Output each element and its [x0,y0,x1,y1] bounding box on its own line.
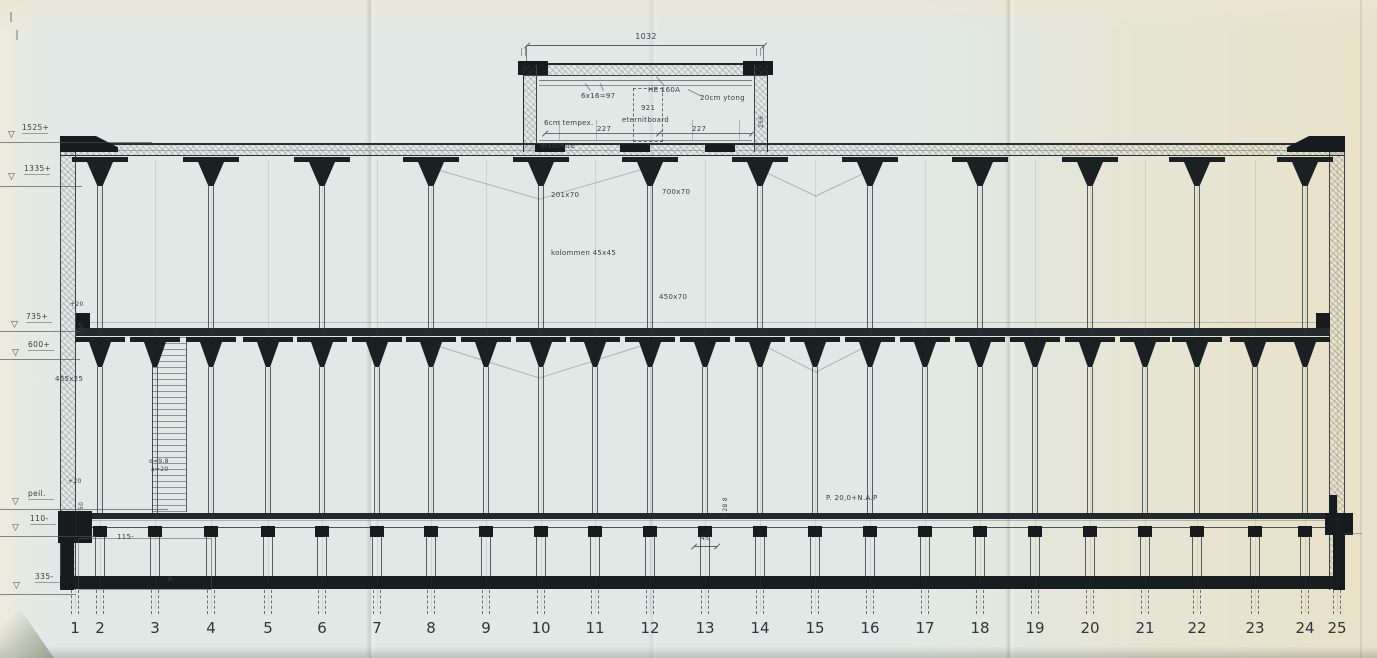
foundation-pile [1301,590,1309,614]
annotation-text: 6x16=97 [581,92,615,100]
annotation-text: P. [168,576,174,584]
pier-head-stub [753,526,767,537]
pier-head-stub [1028,526,1042,537]
middle-floor-capital-bar [570,337,620,342]
pier-head-stub [863,526,877,537]
basement-pier [426,537,436,576]
axis-number: 14 [750,620,769,636]
roof-capital-stem [1077,162,1103,186]
upper-storey-column [647,186,653,328]
lower-storey-column [702,367,708,513]
lower-storey-column [428,367,434,513]
lower-storey-column [265,367,271,513]
level-label: peil. [28,490,46,498]
middle-floor-capital-bar [75,337,125,342]
axis-number: 16 [860,620,879,636]
roof-capital-bar [622,157,678,162]
lower-storey-column [977,367,983,513]
haunch-line [762,170,817,197]
foundation-pile [976,590,984,614]
axis-number: 23 [1245,620,1264,636]
middle-floor-capital-stem [366,342,388,367]
level-label: 1525+ [22,124,49,132]
foundation-pile [1141,590,1149,614]
basement-pier [95,537,105,576]
basement-pier [645,537,655,576]
level-label: 1335+ [24,165,51,173]
annotation-text: 5 28 8 [722,497,730,518]
middle-floor-capital-bar [1280,337,1330,342]
foundation-pile [756,590,764,614]
foundation-pile [866,590,874,614]
lower-storey-column [538,367,544,513]
penthouse-roof-slab [523,63,768,76]
pier-head-stub [973,526,987,537]
basement-pier [810,537,820,576]
foundation-pile [1193,590,1201,614]
lower-storey-column [208,367,214,513]
foundation-pile [1333,590,1341,614]
level-line [0,536,96,537]
axis-number: 25 [1327,620,1346,636]
roof-capital-stem [418,162,444,186]
foundation-pile [1086,590,1094,614]
annotation-text: 256 [758,116,766,128]
dim-end-mark [525,48,526,56]
penthouse-inner-dim-line [545,133,752,134]
middle-floor-capital-bar [1172,337,1222,342]
roof-capital-bar [842,157,898,162]
middle-floor-capital-stem [914,342,936,367]
pier-head-stub [534,526,548,537]
lower-storey-column [97,367,103,513]
middle-floor-capital-bar [1120,337,1170,342]
middle-floor-capital-stem [804,342,826,367]
axis-number: 4 [206,620,216,636]
foundation-pile [207,590,215,614]
middle-floor-capital-stem [1186,342,1208,367]
annotation-text: 201x70 [551,191,579,199]
middle-floor-capital-stem [969,342,991,367]
dimension-tick [761,42,768,49]
axis-number: 19 [1025,620,1044,636]
middle-floor-capital-bar [352,337,402,342]
middle-floor-capital-stem [1244,342,1266,367]
pier-head-stub [370,526,384,537]
lower-storey-column [922,367,928,513]
middle-floor-capital-bar [1065,337,1115,342]
annotation-text: +20 [68,478,82,486]
middle-floor-capital-stem [1024,342,1046,367]
middle-floor-capital-stem [1134,342,1156,367]
axis-number: 18 [970,620,989,636]
pier-head-stub [1248,526,1262,537]
foundation-pile [646,590,654,614]
upper-storey-column [319,186,325,328]
blueprint-sheet: 1234567891011121314151617181920212223242… [0,0,1377,658]
middle-floor-capital-stem [311,342,333,367]
annotation-text: 1032 [635,33,657,41]
lower-storey-column [1194,367,1200,513]
annotation-text: 227 [692,125,706,133]
level-label: 110- [30,515,49,523]
lower-storey-column [647,367,653,513]
annotation-text: 6cm tempex. [544,119,594,127]
middle-slab-top-faint-line [76,322,1330,323]
middle-floor-capital-bar [955,337,1005,342]
axis-number: 13 [695,620,714,636]
lower-storey-column [152,367,158,513]
basement-pier [590,537,600,576]
level-marker-icon: ▽ [13,582,20,591]
axis-number: 21 [1135,620,1154,636]
corner-mark [10,12,12,22]
roof-capital-bar [183,157,239,162]
column-width-dim-line [694,546,717,547]
annotation-text: 921 [641,104,655,112]
foundation-pile [373,590,381,614]
upper-storey-column [757,186,763,328]
annotation-text: 50 [78,502,86,510]
middle-floor-capital-bar [516,337,566,342]
basement-pier [755,537,765,576]
middle-slab-right-upstand [1316,313,1330,328]
penthouse-floor-sleeper [705,144,735,152]
dim-end-mark [760,48,761,56]
lower-storey-column [319,367,325,513]
dimension-tick [714,543,721,550]
basement-pier [1140,537,1150,576]
dim-end-mark [521,48,522,56]
middle-floor-capital-bar [186,337,236,342]
basement-pier [1030,537,1040,576]
level-label: 335- [35,573,54,581]
lower-storey-column [1302,367,1308,513]
middle-floor-capital-stem [257,342,279,367]
basement-pier [536,537,546,576]
upper-storey-column [1087,186,1093,328]
middle-floor-capital-stem [200,342,222,367]
roof-slab-inner-line [60,150,1345,151]
axis-number: 8 [426,620,436,636]
level-marker-icon: ▽ [11,321,18,330]
roof-capital-bar [513,157,569,162]
penthouse-right-wall [754,65,768,152]
pier-head-stub [424,526,438,537]
level-label: 600+ [28,341,50,349]
roof-capital-stem [1184,162,1210,186]
basement-right-wall [1333,528,1345,590]
level-label-underline [24,174,50,175]
lower-storey-column [592,367,598,513]
foundation-pile [482,590,490,614]
axis-number: 7 [372,620,382,636]
annotation-text: 450x70 [659,293,687,301]
foundation-pile [591,590,599,614]
basement-pier [1300,537,1310,576]
lower-storey-column [1087,367,1093,513]
level-label-underline [30,524,56,525]
middle-floor-capital-stem [1079,342,1101,367]
section-drawing: 1234567891011121314151617181920212223242… [0,0,1377,658]
basement-pier [481,537,491,576]
axis-grid-line [75,160,76,612]
right-parapet-block [1287,136,1345,152]
level-label-underline [28,499,54,500]
pier-head-stub [1298,526,1312,537]
foundation-pile [921,590,929,614]
level-line [0,142,152,143]
axis-number: 10 [531,620,550,636]
annotation-text: eternitboard [622,116,669,124]
middle-floor-slab [76,328,1330,336]
middle-floor-capital-bar [1230,337,1280,342]
upper-storey-column [97,186,103,328]
middle-floor-capital-bar [406,337,456,342]
basement-pier [865,537,875,576]
roof-capital-bar [1062,157,1118,162]
middle-floor-capital-bar [900,337,950,342]
middle-floor-capital-stem [859,342,881,367]
penthouse-width-dim-line [527,45,764,46]
middle-floor-capital-bar [461,337,511,342]
basement-floor-slab [60,576,1345,589]
level-label-underline [35,582,61,583]
axis-number: 15 [805,620,824,636]
basement-pier [975,537,985,576]
axis-number: 6 [317,620,327,636]
pier-head-stub [1138,526,1152,537]
foundation-pile [264,590,272,614]
pier-head-stub [588,526,602,537]
penthouse-stud-line [739,120,740,140]
level-label-underline [22,133,48,134]
basement-pier [1250,537,1260,576]
level-line [0,331,80,332]
level-label: 735+ [26,313,48,321]
paper-edge-line [1360,0,1362,658]
upper-storey-column [1194,186,1200,328]
pier-head-stub [1190,526,1204,537]
annotation-text: 700x70 [662,188,690,196]
axis-number: 3 [150,620,160,636]
foundation-pile [96,590,104,614]
middle-floor-capital-bar [680,337,730,342]
roof-capital-stem [637,162,663,186]
foundation-pile [151,590,159,614]
level-marker-icon: ▽ [12,349,19,358]
basement-pier [150,537,160,576]
upper-storey-column [428,186,434,328]
middle-floor-capital-bar [625,337,675,342]
annotation-text: a=20 [151,466,169,474]
dim-extension-line [526,45,527,61]
axis-number: 11 [585,620,604,636]
axis-number: 2 [95,620,105,636]
pier-head-stub [204,526,218,537]
roof-capital-bar [1169,157,1225,162]
dim-end-mark [756,48,757,56]
roof-capital-bar [72,157,128,162]
pier-head-stub [918,526,932,537]
foundation-pile [537,590,545,614]
middle-floor-capital-bar [130,337,180,342]
basement-pier [263,537,273,576]
pier-head-stub [808,526,822,537]
foundation-pile [1031,590,1039,614]
basement-left-wall [61,540,74,590]
roof-capital-bar [294,157,350,162]
lower-storey-column [1032,367,1038,513]
roof-capital-stem [198,162,224,186]
middle-floor-capital-stem [420,342,442,367]
upper-storey-column [538,186,544,328]
pier-head-stub [479,526,493,537]
roof-capital-stem [528,162,554,186]
roof-capital-bar [732,157,788,162]
level-marker-icon: ▽ [12,524,19,533]
upper-storey-column [208,186,214,328]
foundation-pile [811,590,819,614]
penthouse-floor-sleeper [620,144,650,152]
level-line [0,359,80,360]
lower-storey-column [1142,367,1148,513]
pier-head-stub [643,526,657,537]
annotation-text: o=9,8 [149,458,169,466]
annotation-text: 45 [701,535,709,543]
level-line [0,594,76,595]
penthouse-left-wall [523,65,537,152]
annotation-text: HE 160A [648,86,680,94]
annotation-text: P. 20,0+N.A.P [826,494,878,502]
foundation-pile [318,590,326,614]
pier-head-stub [148,526,162,537]
lower-storey-column [483,367,489,513]
annotation-text: 50 [78,322,86,330]
annotation-text: 115- [117,533,134,541]
middle-floor-capital-bar [297,337,347,342]
basement-pier [317,537,327,576]
middle-floor-capital-stem [639,342,661,367]
lower-storey-column [374,367,380,513]
basement-pier [1192,537,1202,576]
annotation-text: 465x25 [55,375,83,383]
axis-number: 12 [640,620,659,636]
basement-pier [372,537,382,576]
level-marker-icon: ▽ [12,498,19,507]
foundation-pile [701,590,709,614]
axis-number: 20 [1080,620,1099,636]
roof-capital-bar [1277,157,1333,162]
roof-capital-stem [87,162,113,186]
basement-pier [1085,537,1095,576]
roof-capital-bar [952,157,1008,162]
middle-floor-capital-stem [1294,342,1316,367]
pier-head-stub [315,526,329,537]
upper-storey-column [977,186,983,328]
lower-storey-column [1252,367,1258,513]
axis-grid-line [1337,160,1338,612]
level-marker-icon: ▽ [8,173,15,182]
middle-floor-capital-bar [1010,337,1060,342]
right-wall-upstand [1329,495,1337,515]
axis-number: 22 [1187,620,1206,636]
foundation-pile [1251,590,1259,614]
pier-head-stub [1083,526,1097,537]
roof-capital-stem [967,162,993,186]
left-parapet-block [60,136,118,152]
middle-floor-capital-bar [845,337,895,342]
basement-pier [920,537,930,576]
level-label-underline [28,350,54,351]
paper-bottom-shadow [0,646,1377,658]
pier-head-stub [261,526,275,537]
middle-floor-capital-bar [790,337,840,342]
middle-floor-capital-stem [749,342,771,367]
upper-storey-column [1302,186,1308,328]
axis-number: 9 [481,620,491,636]
axis-number: 24 [1295,620,1314,636]
ground-slab-inner-line [60,520,1345,521]
upper-storey-column [867,186,873,328]
level-label-underline [26,322,52,323]
middle-floor-capital-bar [243,337,293,342]
level-marker-icon: ▽ [8,131,15,140]
middle-floor-capital-bar [735,337,785,342]
foundation-pile [427,590,435,614]
lower-storey-column [812,367,818,513]
penthouse-ceiling-line [539,80,752,81]
level-line [0,186,82,187]
annotation-text: kolommen 45x45 [551,249,616,257]
middle-floor-capital-stem [694,342,716,367]
corner-mark [16,30,18,40]
annotation-text: +20 [70,301,84,309]
lower-storey-column [867,367,873,513]
lower-storey-column [757,367,763,513]
penthouse-ceiling-line [539,85,752,86]
annotation-text: masonite [540,142,575,150]
dim-extension-line [763,45,764,61]
axis-number: 5 [263,620,273,636]
annotation-text: 227 [597,125,611,133]
roof-capital-bar [403,157,459,162]
middle-floor-capital-stem [530,342,552,367]
annotation-text: 20cm ytong [700,94,745,102]
middle-floor-capital-stem [89,342,111,367]
basement-pier [206,537,216,576]
axis-number: 17 [915,620,934,636]
roof-capital-stem [1292,162,1318,186]
roof-capital-stem [309,162,335,186]
axis-number: 1 [70,620,80,636]
